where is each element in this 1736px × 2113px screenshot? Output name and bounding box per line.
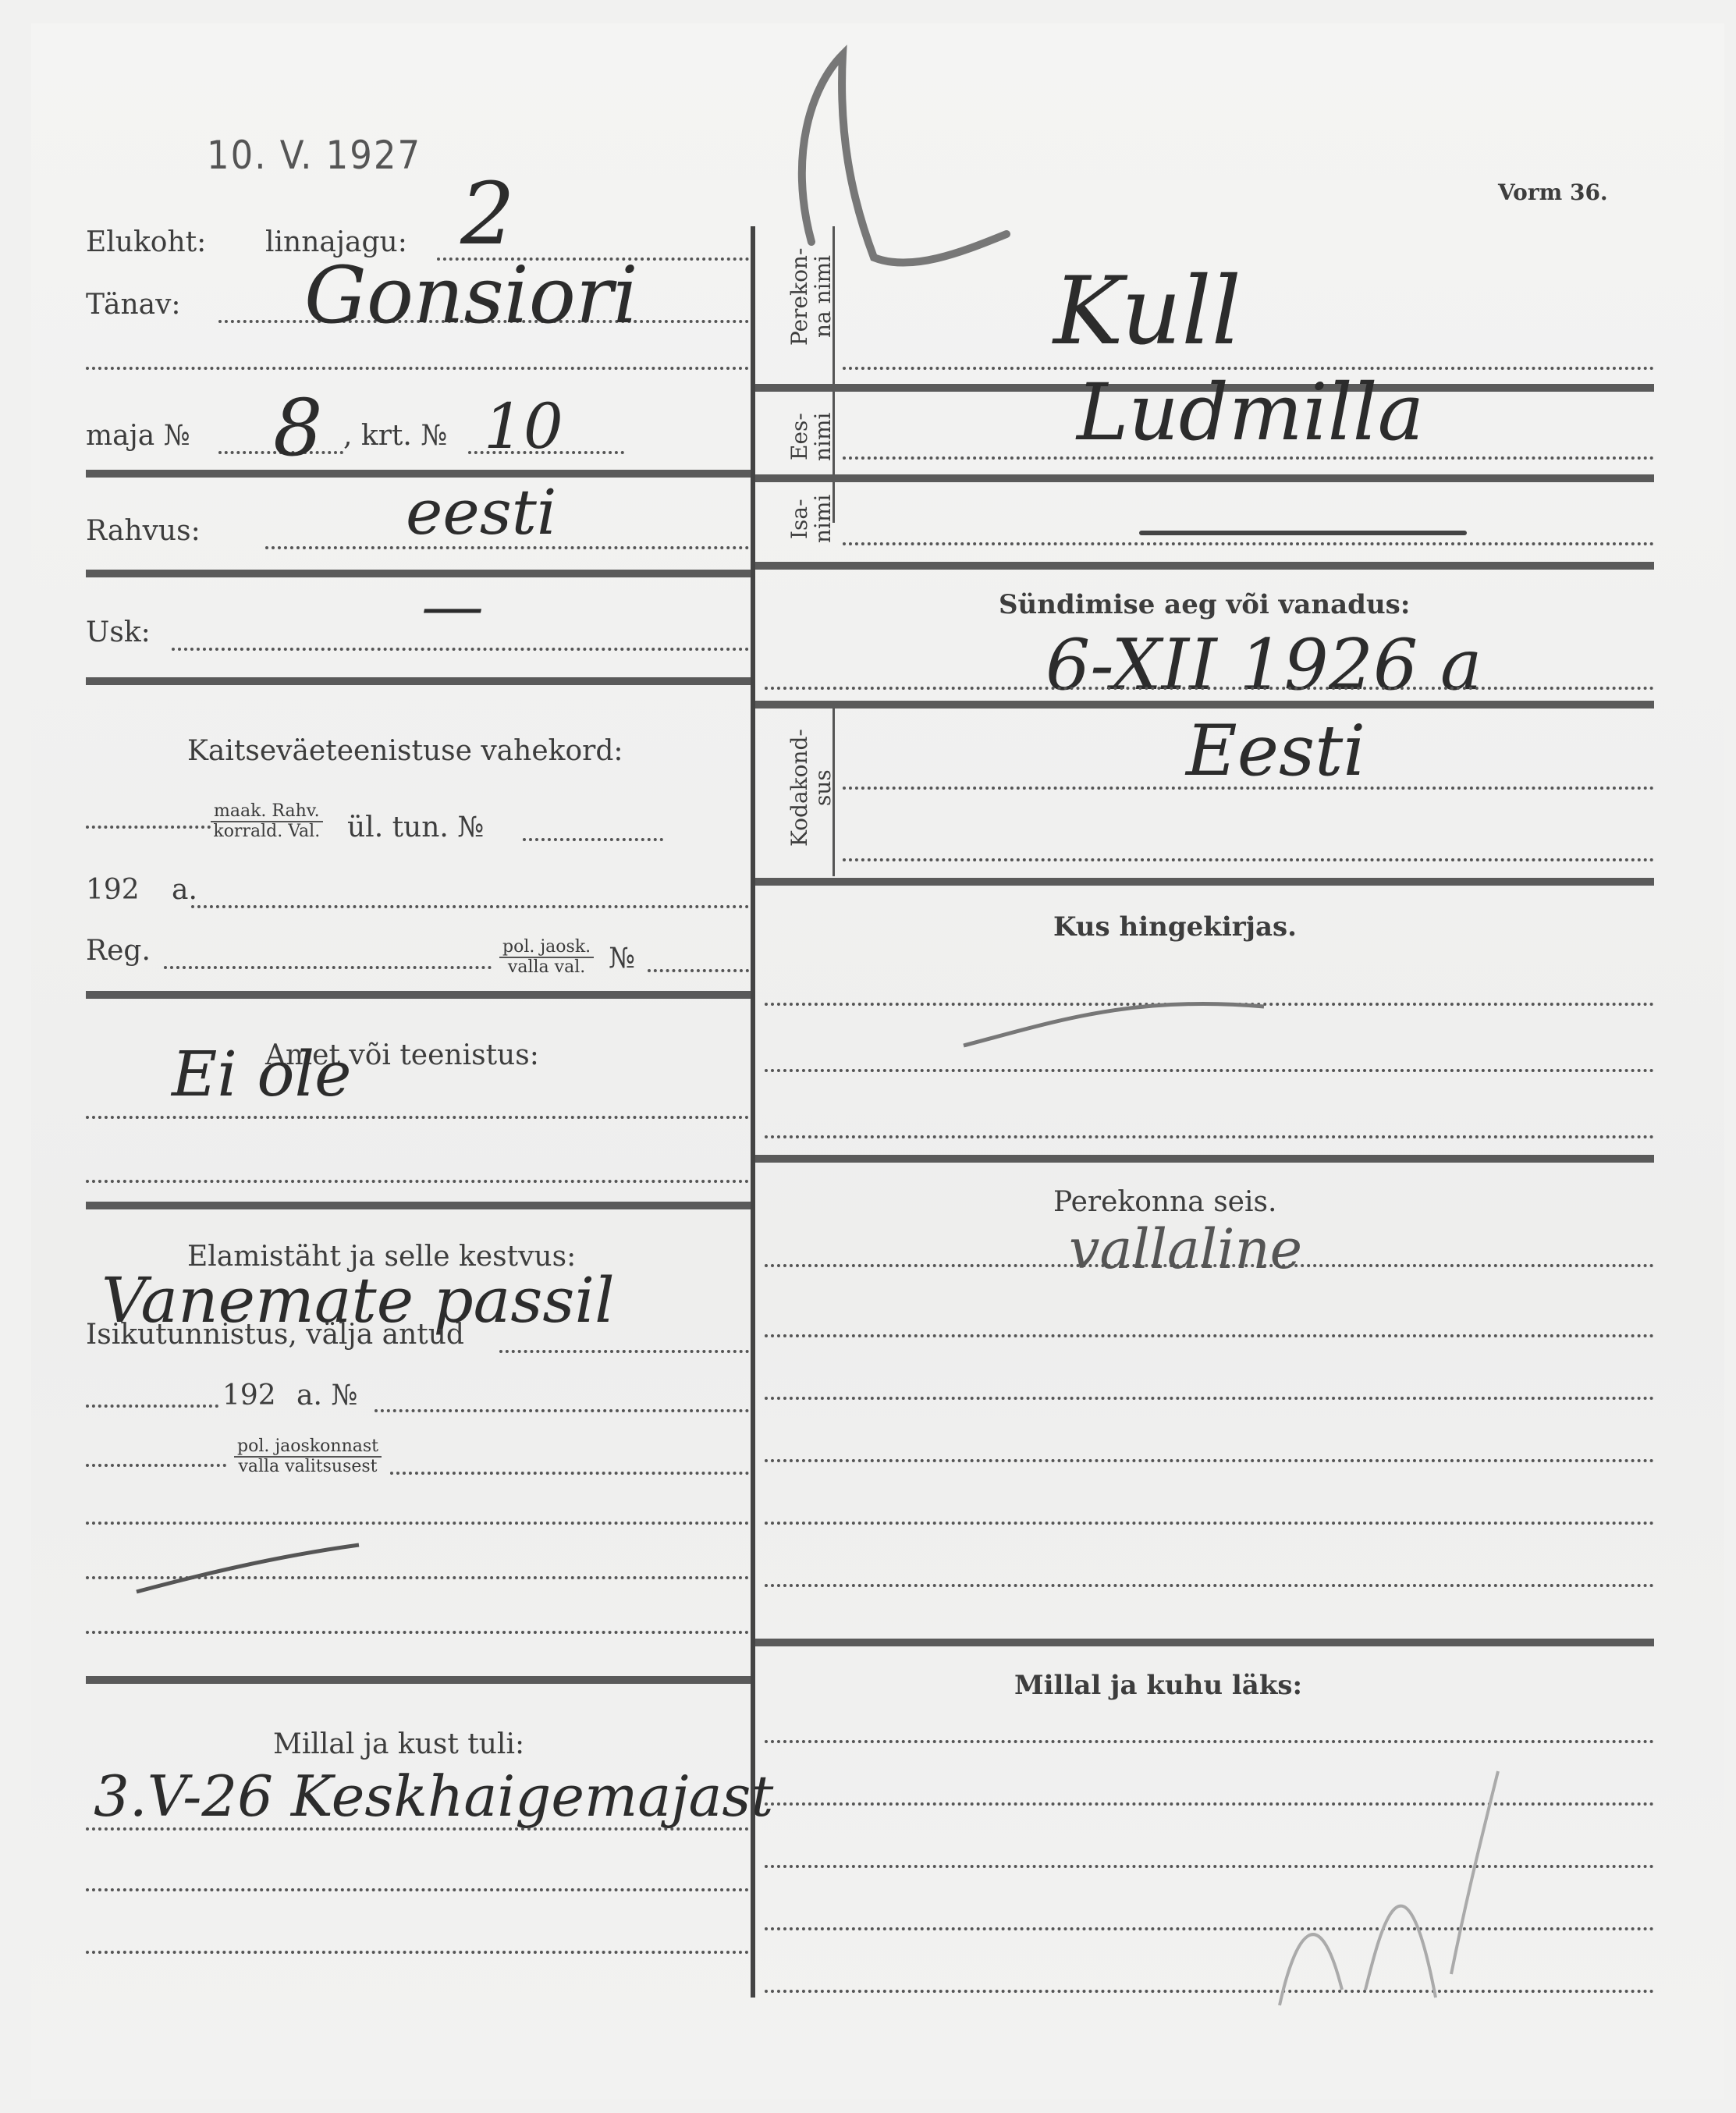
issuer-line-left — [86, 1464, 226, 1467]
usk-label: Usk: — [86, 616, 151, 648]
isanimi-value — [1139, 531, 1467, 535]
year-label: 192 — [86, 874, 140, 906]
fraction-bottom: valla valitsusest — [234, 1458, 382, 1476]
usk-line — [172, 648, 749, 651]
rule — [755, 1639, 1654, 1646]
rahvus-label: Rahvus: — [86, 515, 201, 547]
label-line-1: Isa- — [786, 499, 812, 539]
hingekiri-title: Kus hingekirjas. — [1053, 911, 1297, 943]
tuli-line-1 — [86, 1827, 749, 1831]
rule — [755, 474, 1654, 482]
date-stamp: 10. V. 1927 — [207, 133, 421, 178]
maja-label: maja № — [86, 420, 190, 452]
kodakondsus-label: Kodakond- sus — [788, 710, 835, 866]
sundimise-title: Sündimise aeg või vanadus: — [999, 589, 1410, 620]
rule — [755, 1155, 1654, 1163]
perekonnaseis-line-2 — [765, 1334, 1654, 1337]
kodakondsus-line-2 — [843, 858, 1654, 861]
reg-no-label: № — [609, 943, 635, 975]
kodakondsus-value: Eesti — [1186, 710, 1365, 792]
a-label: a. — [172, 874, 197, 906]
perekonnaseis-line-1 — [765, 1264, 1654, 1267]
fraction-top: pol. jaoskonnast — [234, 1437, 382, 1458]
kodakondsus-line-1 — [843, 787, 1654, 790]
tuli-line-3 — [86, 1951, 749, 1954]
linnajagu-value: 2 — [460, 164, 515, 264]
isikutunnistus-line — [499, 1350, 749, 1353]
reg-line — [164, 966, 492, 969]
pencil-scribble — [1248, 1740, 1560, 2037]
reg-no-line — [648, 969, 749, 972]
amet-value: Ei ole — [172, 1038, 352, 1110]
hingekiri-line-2 — [765, 1069, 1654, 1072]
isikutunnistus-label: Isikutunnistus, välja antud — [86, 1319, 464, 1351]
elukoht-label: Elukoht: — [86, 226, 206, 258]
perekonnaseis-line-6 — [765, 1584, 1654, 1587]
year-line — [191, 905, 749, 908]
rule — [86, 1676, 751, 1684]
maja-value: 8 — [273, 382, 323, 474]
fraction-top: pol. jaosk. — [499, 938, 594, 958]
tuli-line-2 — [86, 1888, 749, 1891]
reg-fraction: pol. jaosk. valla val. — [499, 938, 594, 977]
form-number: Vorm 36. — [1498, 179, 1608, 205]
rule — [755, 878, 1654, 886]
issuer-fraction: pol. jaoskonnast valla valitsusest — [234, 1437, 382, 1476]
rule — [86, 677, 751, 685]
perekonnaseis-line-5 — [765, 1522, 1654, 1525]
strike-line — [133, 1537, 367, 1600]
elamistaht-line-6 — [86, 1631, 749, 1634]
amet-line-1 — [86, 1116, 749, 1119]
perekonnaseis-line-4 — [765, 1459, 1654, 1462]
fraction-top: maak. Rahv. — [211, 802, 323, 822]
krt-value: 10 — [484, 390, 563, 463]
fraction-bottom: valla val. — [499, 958, 594, 977]
label-line-1: Kodakond- — [786, 730, 812, 847]
kaitsevae-title: Kaitseväeteenistuse vahekord: — [187, 735, 623, 767]
kaitsevae-line-1 — [86, 826, 211, 829]
reg-label: Reg. — [86, 935, 151, 967]
lahkus-title: Millal ja kuhu läks: — [1014, 1670, 1302, 1701]
tuli-title: Millal ja kust tuli: — [273, 1728, 524, 1760]
label-line-1: Perekon- — [786, 247, 812, 345]
label-line-2: na nimi — [810, 255, 836, 338]
eesnimi-value: Ludmilla — [1077, 367, 1424, 458]
rule — [86, 991, 751, 999]
isikutunnistus-no-line — [375, 1409, 749, 1412]
kaitsevae-fraction-1: maak. Rahv. korrald. Val. — [211, 802, 323, 841]
tanav-value: Gonsiori — [304, 250, 638, 341]
registration-card: 10. V. 1927 Vorm 36. Elukoht: linnajagu:… — [31, 23, 1724, 2099]
hingekiri-line-3 — [765, 1135, 1654, 1138]
rule — [86, 1202, 751, 1209]
label-line-2: sus — [810, 770, 836, 807]
perekonnaseis-value: vallaline — [1069, 1217, 1302, 1281]
issuer-line-right — [390, 1472, 749, 1475]
amet-line-2 — [86, 1180, 749, 1183]
rule — [86, 570, 751, 577]
label-line-1: Ees- — [786, 414, 812, 461]
rahvus-value: eesti — [406, 476, 556, 549]
isikutunnistus-date-line — [86, 1405, 218, 1408]
isikutunnistus-year: 192 — [222, 1380, 276, 1412]
ul-tun-line — [523, 838, 663, 841]
strike-line — [960, 991, 1272, 1053]
sundimise-value: 6-XII 1926 a — [1046, 624, 1482, 706]
rule — [755, 562, 1654, 570]
usk-value: — — [421, 570, 484, 642]
elamistaht-line-4 — [86, 1522, 749, 1525]
isanimi-label: Isa- nimi — [788, 480, 835, 558]
column-divider — [751, 226, 755, 1998]
isikutunnistus-no-label: a. № — [296, 1380, 357, 1412]
label-line-2: nimi — [810, 413, 836, 462]
rule — [755, 701, 1654, 708]
perekonnaseis-title: Perekonna seis. — [1053, 1186, 1276, 1218]
tuli-value: 3.V-26 Keskhaigemajast — [94, 1763, 773, 1829]
krt-label: , krt. № — [343, 420, 447, 452]
sundimise-line — [765, 687, 1654, 690]
label-line-2: nimi — [810, 495, 836, 544]
perekonnanimi-value: Kull — [1053, 257, 1241, 366]
eesnimi-label: Ees- nimi — [788, 398, 835, 476]
tanav-label: Tänav: — [86, 289, 181, 321]
perekonnaseis-line-3 — [765, 1397, 1654, 1400]
address-line-2 — [86, 367, 749, 370]
isanimi-line — [843, 542, 1654, 545]
ul-tun-label: ül. tun. № — [347, 811, 484, 843]
fraction-bottom: korrald. Val. — [211, 822, 323, 841]
perekonnanimi-label: Perekon- na nimi — [788, 234, 835, 359]
